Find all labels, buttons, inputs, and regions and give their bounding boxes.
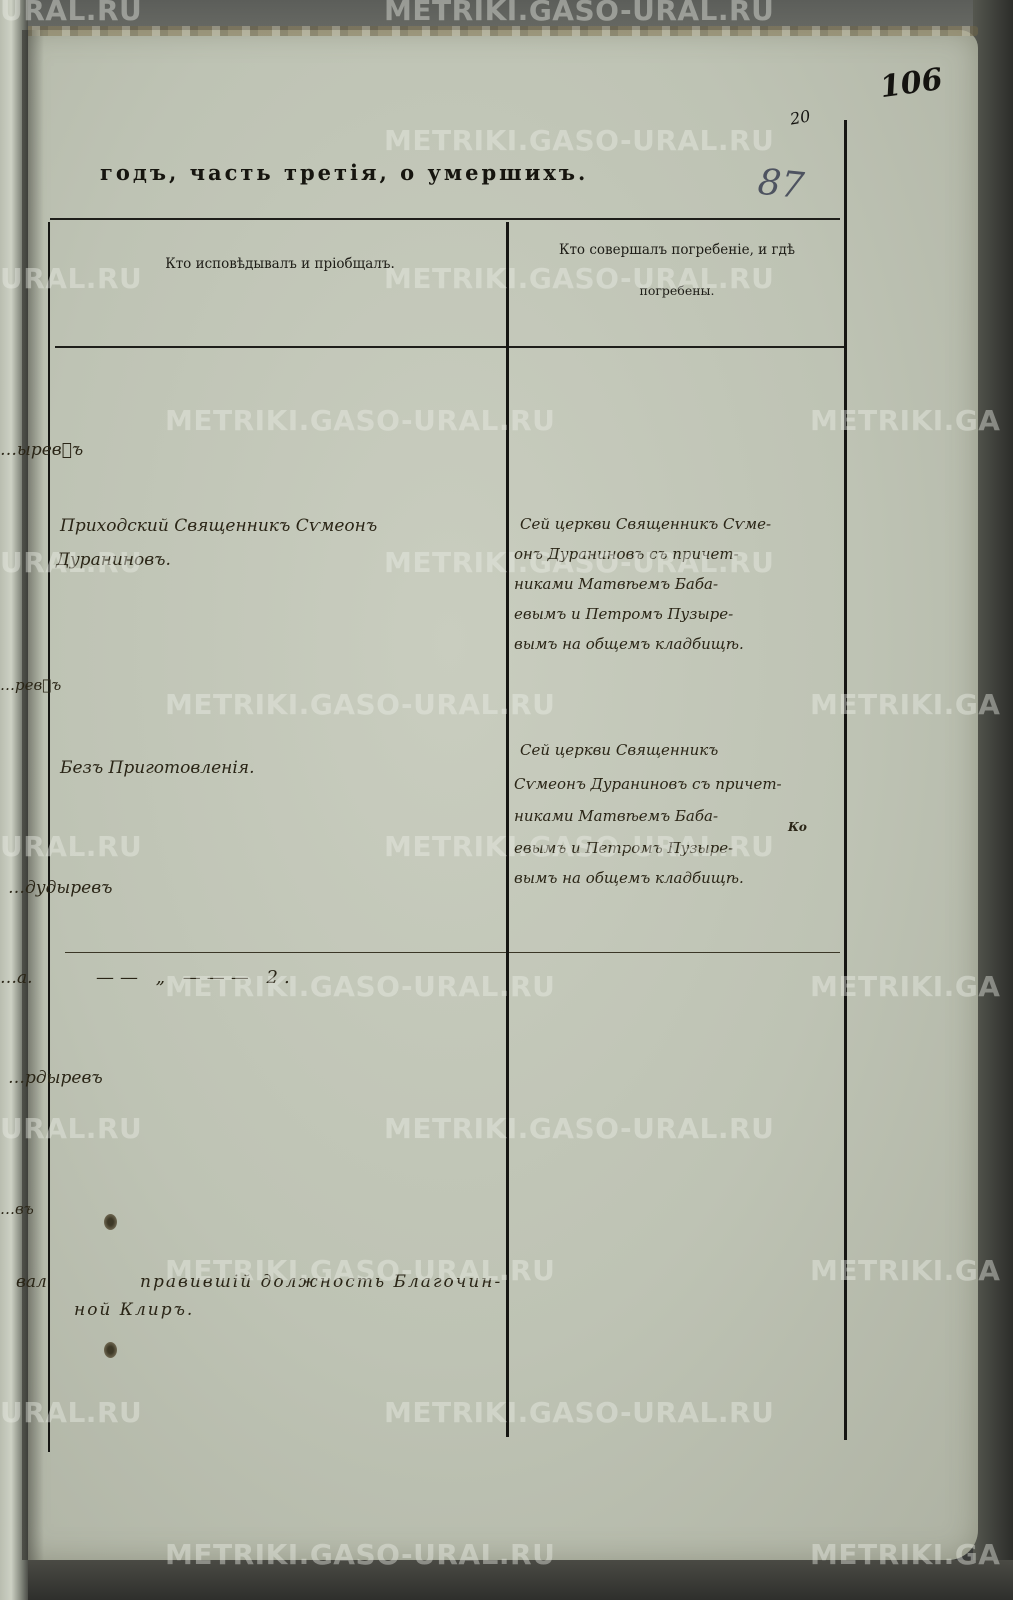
watermark: METRIKI.GASO-URAL.RU — [384, 0, 774, 27]
ink-mark-top: 20 — [789, 106, 812, 128]
margin-fragment: …рдыревъ — [8, 1068, 103, 1088]
margin-fragment: …а. — [0, 968, 33, 988]
note-line2: ной Клиръ. — [74, 1298, 194, 1322]
margin-fragment: …рев᷒ъ — [0, 676, 61, 694]
margin-fragment: …дудыревъ — [8, 878, 112, 898]
watermark: METRIKI.GASO-URAL.RU — [384, 1112, 774, 1145]
scanner-backdrop-right — [973, 0, 1013, 1600]
entry2-burial-line1: Сей церкви Священникъ — [520, 738, 718, 762]
entry1-burial-line4: евымъ и Петромъ Пузыре- — [514, 602, 733, 626]
watermark: METRIKI.GASO-URAL.RU — [384, 124, 774, 157]
watermark: METRIKI.GASO-URAL.RU — [165, 404, 555, 437]
watermark: URAL.RU — [0, 830, 142, 863]
watermark: METRIKI.GA — [810, 404, 1000, 437]
watermark: METRIKI.GA — [810, 970, 1000, 1003]
entry2-burial-line3: никами Матвѣемъ Баба- — [514, 804, 718, 828]
entry-divider-rule — [65, 952, 840, 953]
watermark: METRIKI.GA — [810, 1538, 1000, 1571]
entry1-confessor-line1: Приходский Священникъ Сѵмеонъ — [60, 514, 377, 538]
margin-fragment: …въ — [0, 1200, 34, 1218]
watermark: METRIKI.GASO-URAL.RU — [165, 1538, 555, 1571]
watermark: METRIKI.GASO-URAL.RU — [165, 970, 555, 1003]
right-column-border — [844, 120, 847, 1440]
entry2-burial-line5: вымъ на общемъ кладбищѣ. — [514, 866, 744, 890]
watermark: URAL.RU — [0, 0, 142, 27]
worn-page-edge — [18, 26, 978, 36]
binding-hole — [104, 1214, 117, 1230]
watermark: METRIKI.GA — [810, 1254, 1000, 1287]
column-header-burial-line1: Кто совершалъ погребеніе, и гдѣ — [512, 242, 842, 258]
watermark: URAL.RU — [0, 262, 142, 295]
entry1-burial-line5: вымъ на общемъ кладбищѣ. — [514, 632, 744, 656]
watermark: METRIKI.GASO-URAL.RU — [384, 1396, 774, 1429]
watermark: METRIKI.GASO-URAL.RU — [165, 1254, 555, 1287]
watermark: URAL.RU — [0, 1112, 142, 1145]
binding-hole — [104, 1342, 117, 1358]
header-bottom-rule — [55, 346, 845, 348]
page-title: годъ, часть третія, о умершихъ. — [100, 160, 660, 185]
watermark: METRIKI.GASO-URAL.RU — [384, 546, 774, 579]
watermark: URAL.RU — [0, 1396, 142, 1429]
note-lead: вал — [16, 1270, 47, 1294]
table-top-rule — [50, 218, 840, 220]
watermark: METRIKI.GASO-URAL.RU — [384, 830, 774, 863]
pencil-number: 87 — [756, 162, 806, 208]
gutter-shadow — [22, 30, 44, 1560]
watermark: URAL.RU — [0, 546, 142, 579]
watermark: METRIKI.GASO-URAL.RU — [165, 688, 555, 721]
entry2-correction: Ко — [788, 820, 807, 834]
entry2-confessor-line1: Безъ Приготовленія. — [60, 756, 254, 780]
entry2-burial-line2: Сѵмеонъ Дураниновъ съ причет- — [514, 772, 782, 796]
watermark: METRIKI.GASO-URAL.RU — [384, 262, 774, 295]
watermark: METRIKI.GA — [810, 688, 1000, 721]
margin-fragment: …ырев᷒ъ — [0, 440, 83, 460]
entry1-burial-line1: Сей церкви Священникъ Сѵме- — [520, 512, 771, 536]
